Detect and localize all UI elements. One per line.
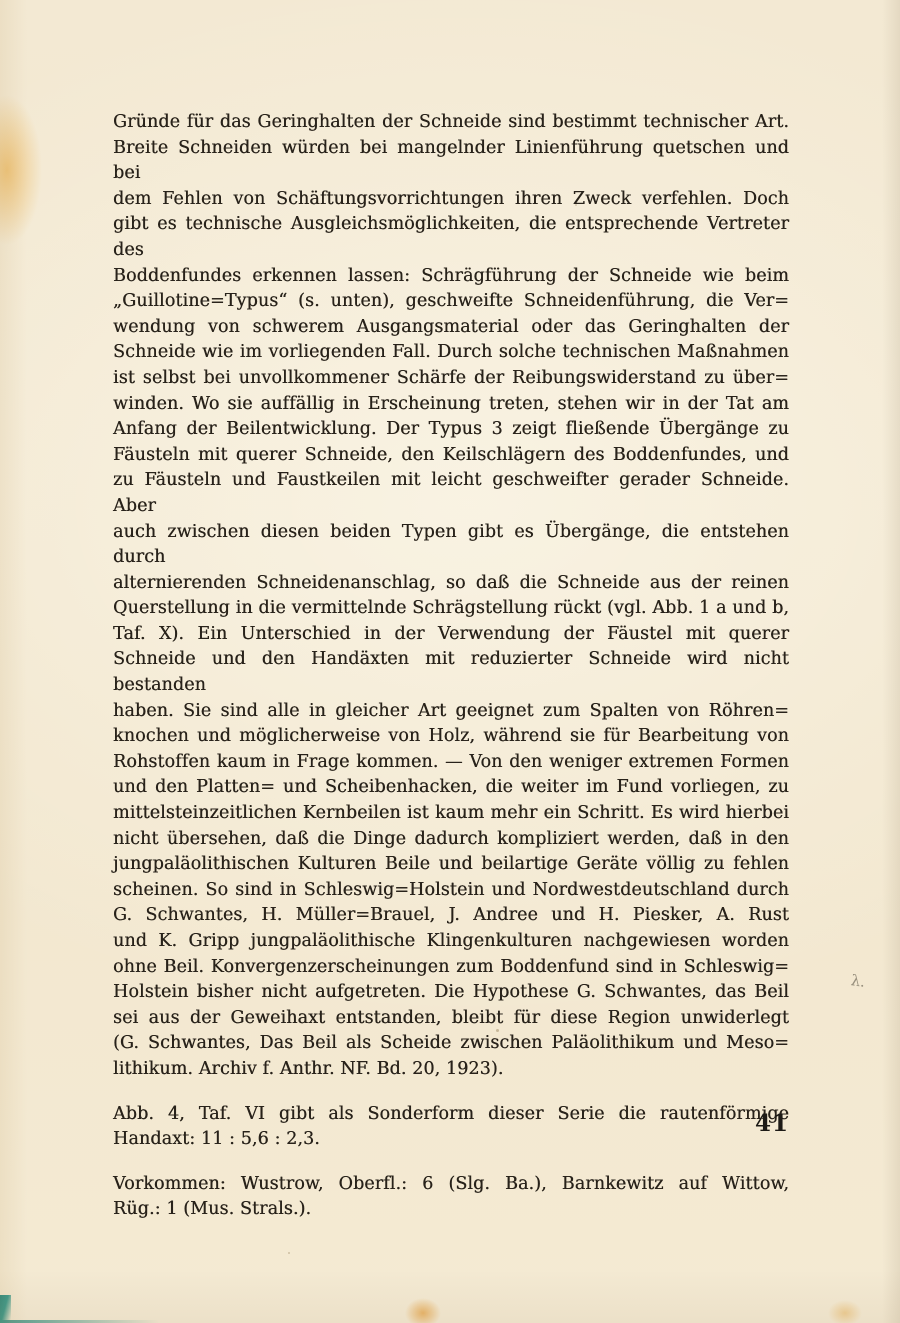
text-line: „Guillotine=Typus“ (s. unten), geschweif… xyxy=(113,289,789,315)
text-line: Fäusteln mit querer Schneide, den Keilsc… xyxy=(113,443,789,469)
paragraph: Vorkommen: Wustrow, Oberfl.: 6 (Slg. Ba.… xyxy=(113,1172,789,1223)
text-line: scheinen. So sind in Schleswig=Holstein … xyxy=(113,878,789,904)
text-line: jungpaläolithischen Kulturen Beile und b… xyxy=(113,852,789,878)
paper-stain-bottom-center xyxy=(405,1298,441,1323)
text-line: Rüg.: 1 (Mus. Strals.). xyxy=(113,1197,789,1223)
paper-stain-top-left xyxy=(0,95,42,245)
text-line: Anfang der Beilentwicklung. Der Typus 3 … xyxy=(113,417,789,443)
scanner-edge-corner xyxy=(0,1295,11,1323)
text-line: Rohstoffen kaum in Frage kommen. — Von d… xyxy=(113,750,789,776)
scanned-book-page: Gründe für das Geringhalten der Schneide… xyxy=(0,0,900,1323)
text-line: und den Platten= und Scheibenhacken, die… xyxy=(113,775,789,801)
text-line: (G. Schwantes, Das Beil als Scheide zwis… xyxy=(113,1031,789,1057)
text-line: Taf. X). Ein Unterschied in der Verwendu… xyxy=(113,622,789,648)
text-line: Schneide und den Handäxten mit reduziert… xyxy=(113,647,789,698)
body-text-block: Gründe für das Geringhalten der Schneide… xyxy=(113,110,789,1223)
text-line: dem Fehlen von Schäftungsvorrichtungen i… xyxy=(113,187,789,213)
text-line: Schneide wie im vorliegenden Fall. Durch… xyxy=(113,340,789,366)
text-line: Holstein bisher nicht aufgetreten. Die H… xyxy=(113,980,789,1006)
text-line: G. Schwantes, H. Müller=Brauel, J. Andre… xyxy=(113,903,789,929)
pencil-margin-mark: λ. xyxy=(850,971,867,991)
text-line: zu Fäusteln und Faustkeilen mit leicht g… xyxy=(113,468,789,519)
text-line: Vorkommen: Wustrow, Oberfl.: 6 (Slg. Ba.… xyxy=(113,1172,789,1198)
paragraph: Gründe für das Geringhalten der Schneide… xyxy=(113,110,789,1083)
paper-speck xyxy=(288,1252,290,1254)
text-line: ohne Beil. Konvergenzerscheinungen zum B… xyxy=(113,955,789,981)
text-line: nicht übersehen, daß die Dinge dadurch k… xyxy=(113,827,789,853)
text-line: ist selbst bei unvollkommener Schärfe de… xyxy=(113,366,789,392)
text-line: lithikum. Archiv f. Anthr. NF. Bd. 20, 1… xyxy=(113,1057,789,1083)
text-line: alternierenden Schneidenanschlag, so daß… xyxy=(113,571,789,597)
text-line: Gründe für das Geringhalten der Schneide… xyxy=(113,110,789,136)
text-line: Boddenfundes erkennen lassen: Schrägführ… xyxy=(113,264,789,290)
text-line: winden. Wo sie auffällig in Erscheinung … xyxy=(113,392,789,418)
text-line: Breite Schneiden würden bei mangelnder L… xyxy=(113,136,789,187)
text-line: mittelsteinzeitlichen Kernbeilen ist kau… xyxy=(113,801,789,827)
text-line: Querstellung in die vermittelnde Schrägs… xyxy=(113,596,789,622)
text-line: gibt es technische Ausgleichsmöglichkeit… xyxy=(113,212,789,263)
text-line: wendung von schwerem Ausgangsmaterial od… xyxy=(113,315,789,341)
paper-stain-bottom-right xyxy=(828,1300,862,1323)
page-number: 41 xyxy=(113,1110,789,1137)
text-line: auch zwischen diesen beiden Typen gibt e… xyxy=(113,520,789,571)
text-line: und K. Gripp jungpaläolithische Klingenk… xyxy=(113,929,789,955)
text-line: sei aus der Geweihaxt entstanden, bleibt… xyxy=(113,1006,789,1032)
text-line: knochen und möglicherweise von Holz, wäh… xyxy=(113,724,789,750)
text-line: haben. Sie sind alle in gleicher Art gee… xyxy=(113,699,789,725)
